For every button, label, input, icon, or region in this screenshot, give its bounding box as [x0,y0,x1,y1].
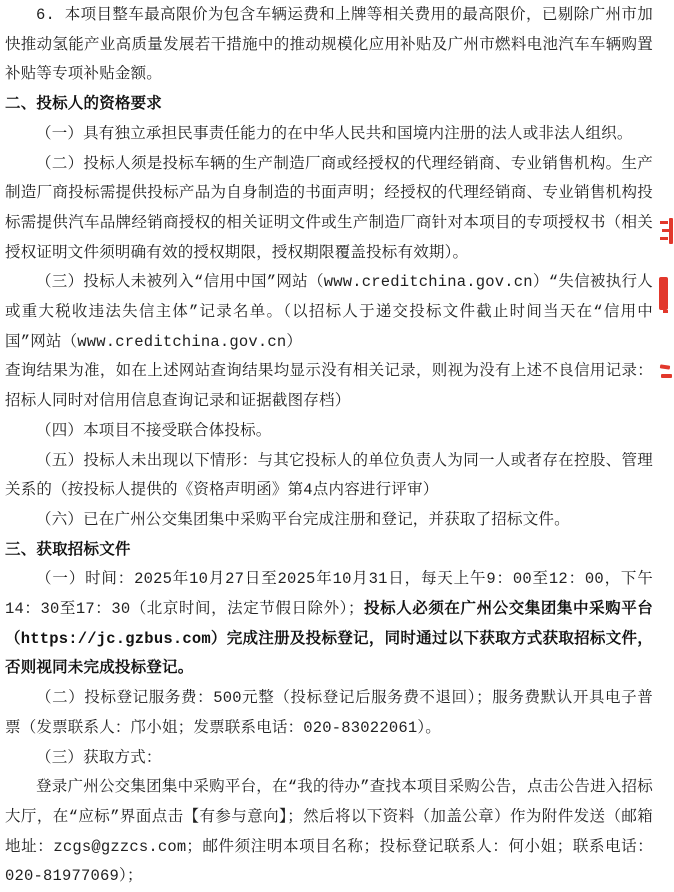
text-run: （二）投标人须是投标车辆的生产制造厂商或经授权的代理经销商、专业销售机构。生产制… [5,155,653,262]
text-run-bold: 二、投标人的资格要求 [5,95,162,113]
paragraph: 6. 本项目整车最高限价为包含车辆运费和上牌等相关费用的最高限价，已剔除广州市加… [5,1,653,90]
paragraph: （四）本项目不接受联合体投标。 [5,417,653,447]
red-seal-fragment-top-icon [660,217,674,247]
text-run: （三）获取方式： [36,749,162,767]
paragraph: （五）投标人未出现以下情形：与其它投标人的单位负责人为同一人或者存在控股、管理关… [5,447,653,506]
document-body: 6. 本项目整车最高限价为包含车辆运费和上牌等相关费用的最高限价，已剔除广州市加… [5,0,653,892]
text-run-bold: 三、获取招标文件 [5,541,131,559]
section-heading: 三、获取招标文件 [5,536,653,566]
text-run: （三）投标人未被列入“信用中国”网站（www.creditchina.gov.c… [5,273,653,350]
document-page: { "page": { "background": "#ffffff", "te… [0,0,674,892]
paragraph: 查询结果为准，如在上述网站查询结果均显示没有相关记录，则视为没有上述不良信用记录… [5,357,653,416]
paragraph: （二）投标登记服务费：500元整（投标登记后服务费不退回）；服务费默认开具电子普… [5,684,653,743]
text-run: （四）本项目不接受联合体投标。 [36,422,272,440]
text-run: （六）已在广州公交集团集中采购平台完成注册和登记，并获取了招标文件。 [36,511,570,529]
paragraph: （一）具有独立承担民事责任能力的在中华人民共和国境内注册的法人或非法人组织。 [5,120,653,150]
paragraph: （三）获取方式： [5,744,653,774]
text-run: （一）具有独立承担民事责任能力的在中华人民共和国境内注册的法人或非法人组织。 [36,125,633,143]
text-run: 查询结果为准，如在上述网站查询结果均显示没有相关记录，则视为没有上述不良信用记录… [5,362,653,410]
section-heading: 二、投标人的资格要求 [5,90,653,120]
text-run: 登录广州公交集团集中采购平台，在“我的待办”查找本项目采购公告，点击公告进入招标… [5,778,653,885]
paragraph: （二）投标人须是投标车辆的生产制造厂商或经授权的代理经销商、专业销售机构。生产制… [5,150,653,269]
paragraph: （三）投标人未被列入“信用中国”网站（www.creditchina.gov.c… [5,268,653,357]
paragraph: （一）时间：2025年10月27日至2025年10月31日，每天上午9：00至1… [5,565,653,684]
text-run: 6. 本项目整车最高限价为包含车辆运费和上牌等相关费用的最高限价，已剔除广州市加… [5,6,653,83]
text-run: （五）投标人未出现以下情形：与其它投标人的单位负责人为同一人或者存在控股、管理关… [5,452,653,500]
red-seal-fragment-middle-icon [657,276,670,314]
red-seal-fragment-bottom-icon [659,363,673,381]
text-run: （二）投标登记服务费：500元整（投标登记后服务费不退回）；服务费默认开具电子普… [5,689,653,737]
paragraph: （六）已在广州公交集团集中采购平台完成注册和登记，并获取了招标文件。 [5,506,653,536]
paragraph: 登录广州公交集团集中采购平台，在“我的待办”查找本项目采购公告，点击公告进入招标… [5,773,653,892]
